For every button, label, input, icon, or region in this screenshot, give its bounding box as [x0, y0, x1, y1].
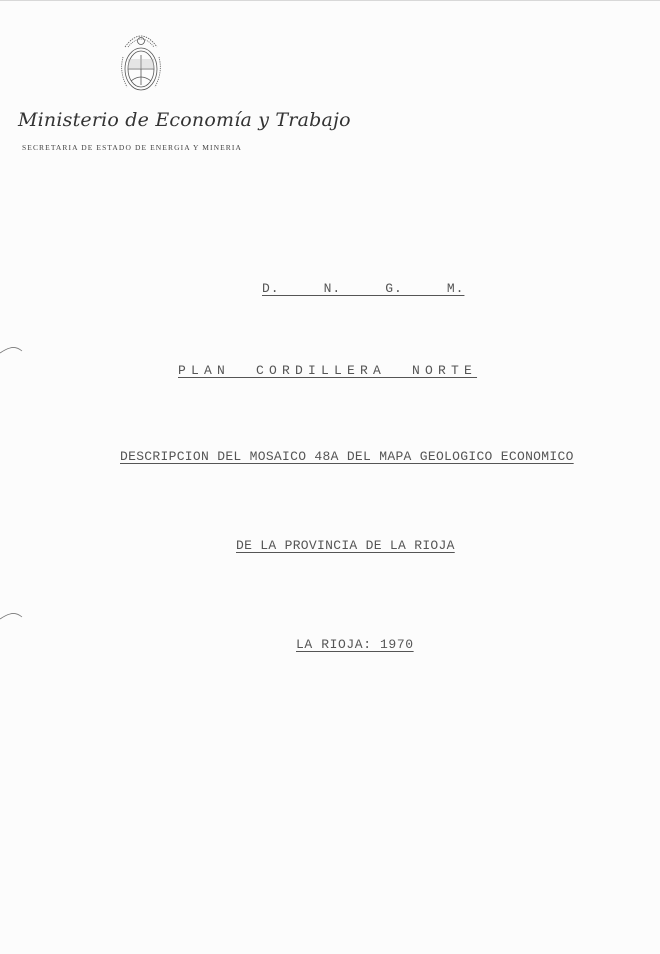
punch-hole-mark-icon: [0, 345, 24, 357]
punch-hole-mark-icon: [0, 611, 24, 623]
description-line-1: DESCRIPCION DEL MOSAICO 48A DEL MAPA GEO…: [120, 449, 574, 464]
agency-acronym: D. N. G. M.: [262, 281, 464, 296]
plan-title: PLAN CORDILLERA NORTE: [178, 363, 477, 378]
place-date: LA RIOJA: 1970: [296, 637, 414, 652]
document-page: Ministerio de Economía y Trabajo SECRETA…: [0, 0, 660, 954]
secretariat-name: SECRETARIA DE ESTADO DE ENERGIA Y MINERI…: [22, 143, 242, 152]
coat-of-arms-icon: [115, 27, 167, 95]
description-line-2: DE LA PROVINCIA DE LA RIOJA: [236, 538, 455, 553]
ministry-name: Ministerio de Economía y Trabajo: [18, 109, 351, 131]
